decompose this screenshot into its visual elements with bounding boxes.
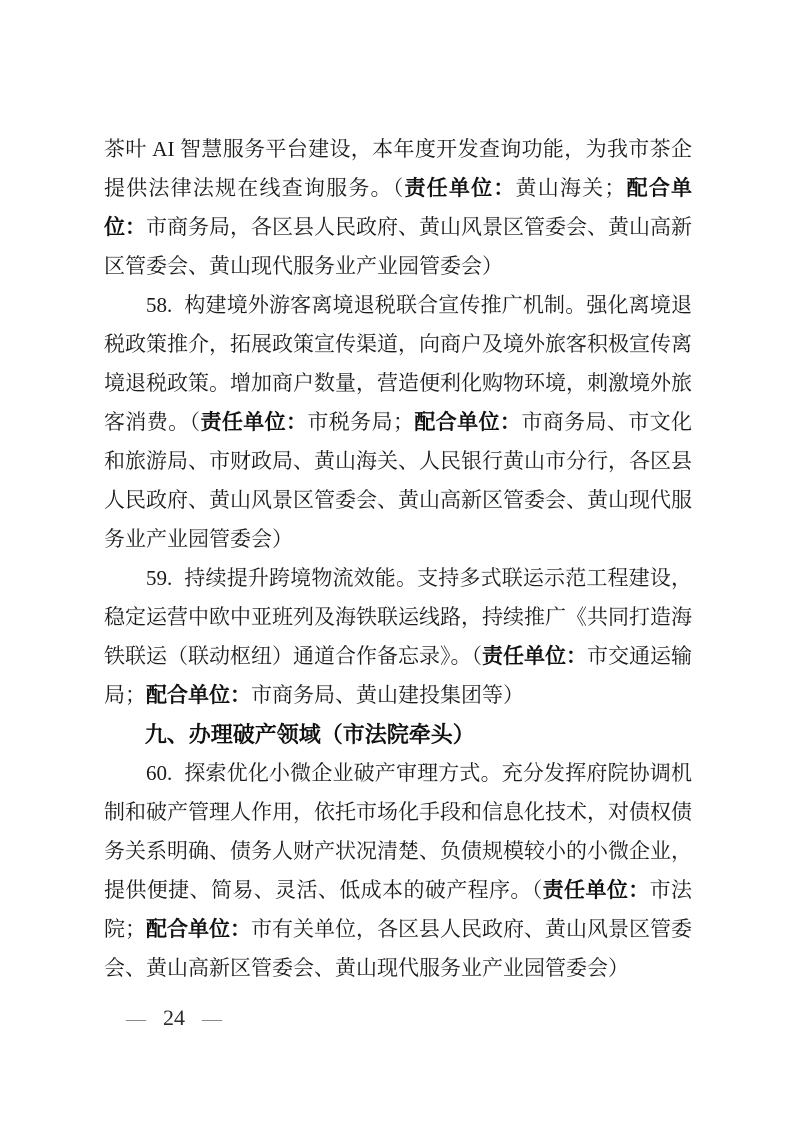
- responsible-unit-label: 责任单位：: [200, 410, 307, 434]
- paragraph-item-59: 59.持续提升跨境物流效能。支持多式联运示范工程建设，稳定运营中欧中亚班列及海铁…: [104, 559, 692, 715]
- cooperating-unit-value: 市商务局、黄山建投集团等）: [251, 683, 524, 707]
- section-heading: 九、办理破产领域（市法院牵头）: [104, 715, 692, 754]
- document-page: 茶叶 AI 智慧服务平台建设，本年度开发查询功能，为我市茶企提供法律法规在线查询…: [0, 0, 793, 1122]
- item-number: 60.: [146, 761, 172, 785]
- footer-dash-right: —: [202, 1008, 222, 1030]
- responsible-unit-label: 责任单位：: [543, 878, 650, 902]
- cooperating-unit-label: 配合单位：: [146, 683, 251, 707]
- responsible-unit-value: 市税务局；: [307, 410, 414, 434]
- item-number: 59.: [146, 566, 172, 590]
- item-number: 58.: [146, 293, 172, 317]
- footer-dash-left: —: [126, 1008, 146, 1030]
- cooperating-unit-value: 市商务局，各区县人民政府、黄山风景区管委会、黄山高新区管委会、黄山现代服务业产业…: [104, 215, 692, 278]
- cooperating-unit-label: 配合单位：: [414, 410, 521, 434]
- page-number: 24: [163, 1005, 185, 1030]
- responsible-unit-value: 黄山海关；: [516, 176, 626, 200]
- responsible-unit-label: 责任单位：: [482, 644, 587, 668]
- cooperating-unit-label: 配合单位：: [146, 917, 251, 941]
- text-block: 茶叶 AI 智慧服务平台建设，本年度开发查询功能，为我市茶企提供法律法规在线查询…: [104, 130, 692, 988]
- responsible-unit-label: 责任单位：: [404, 176, 515, 200]
- paragraph-item-58: 58.构建境外游客离境退税联合宣传推广机制。强化离境退税政策推介，拓展政策宣传渠…: [104, 286, 692, 559]
- paragraph-item-60: 60.探索优化小微企业破产审理方式。充分发挥府院协调机制和破产管理人作用，依托市…: [104, 754, 692, 988]
- page-footer: —24—: [126, 1003, 222, 1034]
- paragraph-continuation: 茶叶 AI 智慧服务平台建设，本年度开发查询功能，为我市茶企提供法律法规在线查询…: [104, 130, 692, 286]
